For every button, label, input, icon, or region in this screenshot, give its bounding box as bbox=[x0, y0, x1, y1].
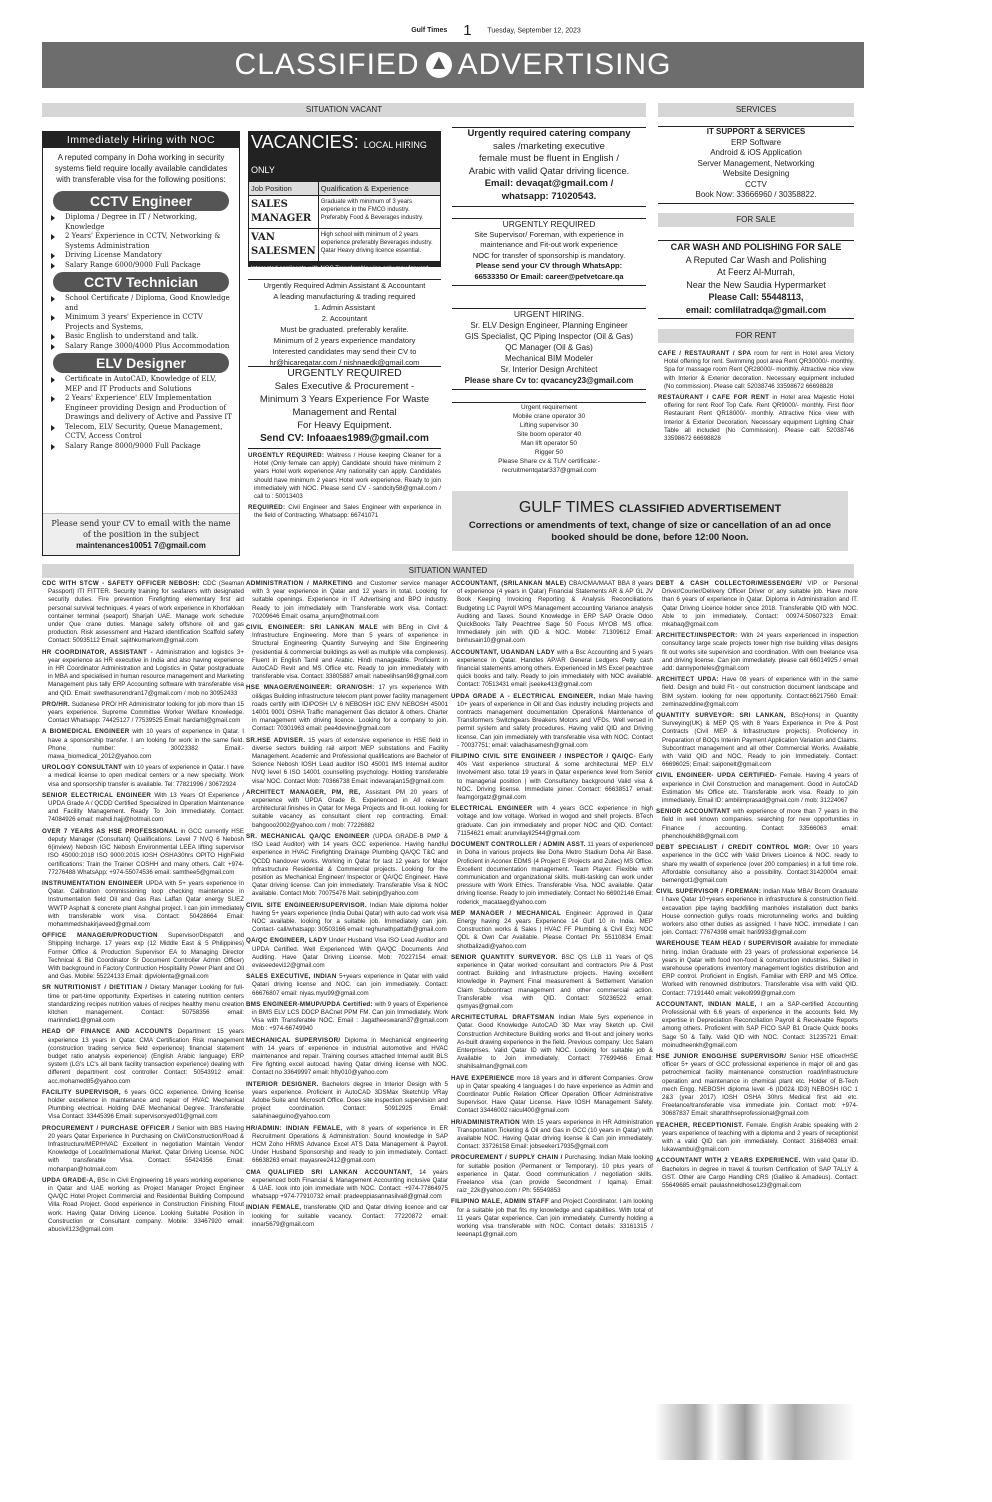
wanted-ad-text: BSc in Civil Engineering 16 years workin… bbox=[48, 1177, 244, 1233]
ad-line: Sr. ELV Design Engineer, Planning Engine… bbox=[452, 320, 646, 331]
notice-heading: GULF TIMES CLASSIFIED ADVERTISEMENT bbox=[452, 497, 848, 520]
wanted-ad-head: HR COORDINATOR, ASSISTANT - bbox=[42, 649, 153, 656]
wanted-ad: INSTRUMENTATION ENGINEER UPDA with 5+ ye… bbox=[42, 880, 244, 929]
ad-contact-email[interactable]: email: comlilatradqa@gmail.com bbox=[658, 304, 854, 317]
wanted-ad-head: SR. MECHANICAL QA/QC ENGINEER bbox=[246, 833, 370, 840]
ad-line: 2. Accountant bbox=[248, 313, 441, 324]
wanted-ad: SALES EXECUTIVE, INDIAN 5+years experien… bbox=[246, 973, 448, 998]
wanted-ad: SR.HSE ADVISER. 15 years of extensive ex… bbox=[246, 737, 448, 786]
wanted-ad-head: CMA QUALIFIED SRI LANKAN ACCOUNTANT, bbox=[246, 1169, 412, 1176]
wanted-ad-text: with BEng in Civil & Infrastructure Engi… bbox=[252, 624, 448, 680]
ad-line: Minimum 3 Years Experience For Waste bbox=[248, 393, 441, 406]
wanted-ad: UROLOGY CONSULTANT with 10 years of expe… bbox=[42, 764, 244, 789]
ad-line: Please Share cv & TUV certificate:- bbox=[452, 457, 646, 466]
wanted-ad: CIVIL SITE ENGINEER/SUPERVISOR. Indian M… bbox=[246, 902, 448, 935]
site-supervisor-ad: URGENTLY REQUIRED Site Supervisor/ Forem… bbox=[452, 218, 646, 286]
it-services-ad: IT SUPPORT & SERVICES ERP Software Andro… bbox=[658, 126, 854, 204]
catering-ad: Urgently required catering company sales… bbox=[452, 127, 646, 207]
wanted-ad-head: OVER 7 YEARS AS HSE PROFESSIONAL bbox=[42, 828, 178, 835]
wanted-ad-head: WAREHOUSE TEAM HEAD / SUPERVISOR bbox=[656, 940, 792, 947]
wanted-ad-head: SALES EXECUTIVE, INDIAN bbox=[246, 973, 337, 980]
position-requirements: Diploma / Degree in IT / Networking, Kno… bbox=[43, 213, 239, 270]
ad-title: URGENTLY REQUIRED bbox=[248, 367, 441, 380]
wanted-ad-head: CIVIL ENGINEER- UPDA CERTIFIED- bbox=[656, 772, 777, 779]
ad-contact-email[interactable]: Email: devaqat@gmail.com / bbox=[452, 178, 646, 191]
for-rent-ads: CAFE / RESTAURANT / SPA room for rent in… bbox=[658, 350, 854, 446]
wanted-ad: QA/QC ENGINEER, LADY Under Husband Visa … bbox=[246, 937, 448, 970]
wanted-ad: ELECTRICAL ENGINEER with 4 years GCC exp… bbox=[451, 805, 653, 838]
wanted-ad-head: DEBT & CASH COLLECTOR/MESSENGER/ bbox=[656, 580, 802, 587]
wanted-ad: FILIPINO MALE, ADMIN STAFF and Project C… bbox=[451, 1198, 653, 1239]
wanted-ad-head: ADMINISTRATION / MARKETING bbox=[246, 580, 353, 587]
job-position: VAN SALESMEN bbox=[249, 229, 319, 262]
wanted-ad-text: BSC QS LLB 11 Years of QS experience in … bbox=[457, 954, 653, 1010]
column-header: Job Position bbox=[249, 182, 319, 196]
wanted-ad-head: INSTRUMENTATION ENGINEER bbox=[42, 880, 143, 887]
wanted-ad-text: VIP or Personal Driver/Courier/Delivery … bbox=[662, 580, 858, 628]
wanted-ad-head: QA/QC ENGINEER, LADY bbox=[246, 937, 327, 944]
hiring-ad-noc: Immediately Hiring with NOC A reputed co… bbox=[42, 131, 240, 556]
wanted-ad-head: A BIOMEDICAL ENGINEER bbox=[42, 728, 130, 735]
wanted-ad: WAREHOUSE TEAM HEAD / SUPERVISOR availab… bbox=[656, 940, 858, 997]
ad-line: At Feerz Al-Murrah, bbox=[658, 266, 854, 279]
wanted-ad-head: ACCOUNTANT, INDIAN MALE, bbox=[656, 1001, 757, 1008]
wanted-ad-head: BMS ENGINEER-MMUP/UPDA Certified: bbox=[246, 1001, 373, 1008]
wanted-ad-text: available for immediate hiring. Indian G… bbox=[662, 940, 858, 996]
ad-line: Server Management, Networking bbox=[658, 159, 854, 170]
column-header: Qualification & Experience bbox=[318, 182, 440, 196]
wanted-ad: OVER 7 YEARS AS HSE PROFESSIONAL in GCC … bbox=[42, 828, 244, 877]
hiring-ad-header: Immediately Hiring with NOC bbox=[43, 132, 239, 148]
requirement-item: Salary Range 6000/9000 Full Package bbox=[65, 261, 233, 271]
section-header-for-rent: FOR RENT bbox=[658, 329, 854, 343]
wanted-ad-head: ARCHITECT UPDA: bbox=[656, 676, 719, 683]
ad-line: A Reputed Car Wash and Polishing bbox=[658, 254, 854, 267]
wanted-ad-head: SENIOR ELECTRICAL ENGINEER bbox=[42, 792, 151, 799]
wanted-ad: HR/ADMIN: INDIAN FEMALE, with 8 years of… bbox=[246, 1125, 448, 1166]
table-row: SALES MANAGERGraduate with minimum of 3 … bbox=[249, 196, 441, 229]
wanted-ad: QUANTITY SURVEYOR: SRI LANKAN, BSc(Hons)… bbox=[656, 712, 858, 769]
wanted-ad-head: FACILITY SUPERVISOR, bbox=[42, 1089, 121, 1096]
wanted-ad-head: CIVIL SITE ENGINEER/SUPERVISOR. bbox=[246, 902, 367, 909]
wanted-ad: SENIOR QUANTITY SURVEYOR. BSC QS LLB 11 … bbox=[451, 954, 653, 1011]
wanted-ad: PROCUREMENT / PURCHASE OFFICER / Senior … bbox=[42, 1125, 244, 1174]
wanted-ad: HSE JUNIOR ENGG/HSE SUPERVISOR/ Senior H… bbox=[656, 1053, 858, 1119]
wanted-ad-head: QUANTITY SURVEYOR: SRI LANKAN, bbox=[656, 712, 786, 719]
wanted-ad-head: PRO/HR. bbox=[42, 701, 70, 708]
ad-line: For Heavy Equipment. bbox=[248, 419, 441, 432]
requirement-item: Minimum 3 years' Experience in CCTV Proj… bbox=[65, 313, 233, 332]
ad-contact-email[interactable]: recruitmentqatar337@gmail.com bbox=[452, 466, 646, 475]
wanted-ad: DOCUMENT CONTROLLER / ADMIN ASST. 11 yea… bbox=[451, 841, 653, 907]
ad-line: Urgent requirement bbox=[452, 403, 646, 412]
wanted-ad-head: INTERIOR DESIGNER. bbox=[246, 1081, 319, 1088]
wanted-ad-head: ACCOUNTANT WITH 2 YEARS EXPERIENCE. bbox=[656, 1157, 801, 1164]
wanted-ad: CIVIL SUPERVISOR / FOREMAN: Indian Male … bbox=[656, 888, 858, 937]
wanted-ad-text: CDC (Seaman Passport) ITI FITTER. Securi… bbox=[48, 580, 244, 644]
wanted-column-1: CDC WITH STCW - SAFETY OFFICER NEBOSH: C… bbox=[42, 580, 244, 1237]
requirement-item: Salary Range 3000/4000 Plus Accommodatio… bbox=[65, 342, 233, 352]
dhow-boat-icon bbox=[426, 52, 452, 78]
wanted-ad-head: SENIOR QUANTITY SURVEYOR. bbox=[451, 954, 558, 961]
wanted-ad-head: HAVE EXPERIENCE bbox=[451, 1075, 514, 1082]
hiring-ad-footer-text: Please send your CV to email with the na… bbox=[47, 518, 235, 540]
job-position: SALES MANAGER bbox=[249, 196, 319, 229]
wanted-ad: DEBT & CASH COLLECTOR/MESSENGER/ VIP or … bbox=[656, 580, 858, 629]
position-requirements: Certificate in AutoCAD, Knowledge of ELV… bbox=[43, 375, 239, 451]
wanted-ad: CIVIL ENGINEER: SRI LANKAN MALE with BEn… bbox=[246, 624, 448, 681]
wanted-ad: CMA QUALIFIED SRI LANKAN ACCOUNTANT, 14 … bbox=[246, 1169, 448, 1202]
table-row: VAN SALESMENHigh school with minimum of … bbox=[249, 229, 441, 262]
rent-ad: RESTAURANT / CAFE FOR RENT in Hotel area… bbox=[658, 394, 854, 443]
wanted-ad-text: BSc(Hons) in Quantity Surveying(UK) & ME… bbox=[662, 712, 858, 768]
wanted-ad-text: Indian Male 5yrs experience in Qatar. Go… bbox=[457, 1014, 653, 1070]
requirement-item: Driving License Mandatory bbox=[65, 251, 233, 261]
wanted-ad-head: HR/ADMIN: INDIAN FEMALE, bbox=[246, 1125, 342, 1132]
job-qualification: Graduate with minimum of 3 years experie… bbox=[318, 196, 440, 229]
admin-accountant-ad: Urgently Required Admin Assistant & Acco… bbox=[248, 279, 441, 368]
wanted-ad-head: HSE JUNIOR ENGG/HSE SUPERVISOR/ bbox=[656, 1053, 786, 1060]
requirement-item: School Certificate / Diploma, Good Knowl… bbox=[65, 294, 233, 313]
small-ad: URGENTLY REQUIRED: Waitress / House keep… bbox=[248, 452, 441, 501]
job-qualification: High school with minimum of 2 years expe… bbox=[318, 229, 440, 262]
ad-title: CAR WASH AND POLISHING FOR SALE bbox=[658, 241, 854, 254]
ad-contact-email[interactable]: 66533350 Or Email: career@petvetcare.qa bbox=[452, 272, 646, 283]
wanted-ad: DEBT SPECIALIST / CREDIT CONTROL MGR: Ov… bbox=[656, 844, 858, 885]
vacant-small-ads: URGENTLY REQUIRED: Waitress / House keep… bbox=[248, 452, 441, 524]
ad-title: URGENTLY REQUIRED bbox=[452, 219, 646, 230]
requirement-item: Diploma / Degree in IT / Networking, Kno… bbox=[65, 213, 233, 232]
page-number: 1 bbox=[463, 22, 471, 39]
wanted-ad-text: Senior HSE officer/HSE officer 5+ years … bbox=[662, 1053, 858, 1117]
ad-contact-phone[interactable]: Please Call: 55448113, bbox=[658, 291, 854, 304]
wanted-ad: A BIOMEDICAL ENGINEER with 10 years of e… bbox=[42, 728, 244, 761]
car-wash-sale-ad: CAR WASH AND POLISHING FOR SALE A Repute… bbox=[658, 240, 854, 319]
small-ad-head: REQUIRED: bbox=[248, 504, 285, 511]
wanted-ad: ARCHITECTURAL DRAFTSMAN Indian Male 5yrs… bbox=[451, 1014, 653, 1071]
rent-ad-text: in Hotel area Majestic Hotel offering fo… bbox=[664, 394, 854, 442]
ad-line: Site Supervisor/ Foreman, with experienc… bbox=[452, 230, 646, 241]
requirement-item: Certificate in AutoCAD, Knowledge of ELV… bbox=[65, 375, 233, 394]
banner-title-left: CLASSIFIED bbox=[235, 48, 420, 82]
ad-contact-email[interactable]: Please share Cv to: qvacancy23@gmail.com bbox=[465, 376, 634, 385]
position-title: ELV Designer bbox=[53, 353, 229, 373]
wanted-ad-head: ARCHITECTURAL DRAFTSMAN bbox=[451, 1014, 554, 1021]
wanted-ad-head: OFFICE MANAGER/PRODUCTION bbox=[42, 932, 158, 939]
wanted-ad: MECHANICAL SUPERVISOR/ Diploma in Mechan… bbox=[246, 1037, 448, 1078]
ad-line: Sales Executive & Procurement - bbox=[248, 380, 441, 393]
wanted-ad-head: DEBT SPECIALIST / CREDIT CONTROL MGR: bbox=[656, 844, 811, 851]
ad-line: Arabic with valid Qatar driving licence. bbox=[452, 166, 646, 179]
wanted-ad-text: CBA/CMA/MAAT BBA 8 years of experience (… bbox=[457, 580, 653, 644]
wanted-ad-head: UPDA GRADE-A, bbox=[42, 1177, 96, 1184]
requirement-item: Basic English to understand and talk. bbox=[65, 332, 233, 342]
wanted-ad-head: CDC WITH STCW - SAFETY OFFICER NEBOSH: bbox=[42, 580, 200, 587]
wanted-ad-text: UPDA with 5+ years experience in Qatar. … bbox=[48, 880, 244, 928]
wanted-ad: HSE MNAGER/ENGINEER: GRAN/OSH: 17 yrs ex… bbox=[246, 684, 448, 733]
hiring-ad-email[interactable]: maintenances10051 7@gmail.com bbox=[76, 541, 206, 550]
wanted-ad: INTERIOR DESIGNER. Bachelors degree in I… bbox=[246, 1081, 448, 1122]
ad-line: Must be graduated. preferably keralite. bbox=[248, 324, 441, 335]
wanted-ad-text: Supervisor/Dispatch and Shipping Incharg… bbox=[48, 932, 244, 980]
wanted-column-4: DEBT & CASH COLLECTOR/MESSENGER/ VIP or … bbox=[656, 580, 858, 1193]
ad-contact-phone[interactable]: Book Now: 33666960 / 30358822. bbox=[658, 190, 854, 201]
ad-line: Sr. Interior Design Architect bbox=[452, 364, 646, 375]
vacancies-title-text: VACANCIES: bbox=[251, 132, 359, 152]
wanted-ad: HEAD OF FINANCE AND ACCOUNTS Department:… bbox=[42, 1028, 244, 1085]
ad-line: Mechanical BIM Modeler bbox=[452, 353, 646, 364]
urgent-hiring-ad: URGENT HIRING. Sr. ELV Design Engineer, … bbox=[452, 308, 646, 390]
wanted-ad-head: MEP MANAGER / MECHANICAL bbox=[451, 910, 561, 917]
requirement-item: Telecom, ELV Security, Queue Management,… bbox=[65, 423, 233, 442]
requirement-item: 2 Years' Experience in CCTV, Networking … bbox=[65, 232, 233, 251]
wanted-ad: INDIAN FEMALE, transferable QID and Qata… bbox=[246, 1204, 448, 1229]
corrections-notice: GULF TIMES CLASSIFIED ADVERTISEMENT Corr… bbox=[452, 491, 848, 551]
position-title: CCTV Technician bbox=[53, 272, 229, 292]
wanted-ad-head: SENIOR ACCOUNTANT bbox=[656, 808, 730, 815]
hiring-ad-footer: Please send your CV to email with the na… bbox=[43, 513, 239, 555]
wanted-ad-head: INDIAN FEMALE, bbox=[246, 1204, 301, 1211]
section-header-for-sale: FOR SALE bbox=[658, 213, 854, 227]
wanted-ad-head: FILIPINO CIVIL SITE ENGINEER / INSPECTOR… bbox=[451, 753, 636, 760]
wanted-ad-head: FILIPINO MALE, ADMIN STAFF bbox=[451, 1198, 549, 1205]
ad-line: Minimum of 2 years experience mandatory bbox=[248, 335, 441, 346]
small-ad-text: Waitress / House keeping Cleaner for a H… bbox=[254, 452, 441, 500]
wanted-ad: OFFICE MANAGER/PRODUCTION Supervisor/Dis… bbox=[42, 932, 244, 981]
position-requirements: School Certificate / Diploma, Good Knowl… bbox=[43, 294, 239, 351]
small-ad: REQUIRED: Civil Engineer and Sales Engin… bbox=[248, 504, 441, 520]
wanted-ad: PROCUREMENT / SUPPLY CHAIN / Purchasing.… bbox=[451, 1154, 653, 1195]
wanted-ad: MEP MANAGER / MECHANICAL Engineer: Appro… bbox=[451, 910, 653, 951]
page-banner: CLASSIFIED ADVERTISING bbox=[42, 42, 864, 88]
wanted-ad-head: ARCHITECT/INSPECTOR: bbox=[656, 632, 738, 639]
wanted-ad-head: PROCUREMENT / PURCHASE OFFICER / bbox=[42, 1125, 174, 1132]
requirement-item: 2 Years' Experience' ELV Implementation … bbox=[65, 394, 233, 423]
ad-line: Urgently required catering company bbox=[452, 128, 646, 141]
wanted-ad-head: HSE MNAGER/ENGINEER: GRAN/OSH: bbox=[246, 684, 375, 691]
wanted-ad: FACILITY SUPERVISOR, 6 years GCC experie… bbox=[42, 1089, 244, 1122]
position-title: CCTV Engineer bbox=[53, 191, 229, 211]
ad-line: CCTV bbox=[658, 180, 854, 191]
wanted-ad-text: Sudanese PRO/ HR Administrator looking f… bbox=[48, 701, 244, 724]
wanted-ad-text: (UPDA GRADE-B PMP & ISO Lead Auditor) wi… bbox=[252, 833, 448, 897]
ad-line: Mobile crane operator 30 bbox=[452, 412, 646, 421]
issue-date: Tuesday, September 12, 2023 bbox=[487, 27, 580, 34]
wanted-ad: ARCHITECT MANAGER, PM, RE, Assistant PM … bbox=[246, 789, 448, 830]
ad-line: GIS Specialist, QC Piping Inspector (Oil… bbox=[452, 331, 646, 342]
wanted-ad: ACCOUNTANT, UGANDAN LADY with a Bsc Acco… bbox=[451, 649, 653, 690]
wanted-ad-head: ACCOUNTANT, (SRILANKAN MALE) bbox=[451, 580, 566, 587]
wanted-ad-head: SR NUTRITIONIST / DIETITIAN / bbox=[42, 984, 147, 991]
wanted-ad: HR COORDINATOR, ASSISTANT - Administrati… bbox=[42, 649, 244, 698]
wanted-ad-head: UROLOGY CONSULTANT bbox=[42, 764, 122, 771]
requirement-item: Salary Range 8000/9000 Full Package bbox=[65, 442, 233, 452]
vacancies-title: VACANCIES: LOCAL HIRING ONLY bbox=[248, 131, 441, 181]
wanted-ad: UPDA GRADE A - ELECTRICAL ENGINEER, Indi… bbox=[451, 693, 653, 750]
wanted-ad-head: CIVIL SUPERVISOR / FOREMAN: bbox=[656, 888, 761, 895]
ad-title: IT SUPPORT & SERVICES bbox=[658, 127, 854, 138]
section-header-situation-vacant: SITUATION VACANT bbox=[42, 103, 646, 117]
wanted-ad-text: Department: 15 years experience 13 years… bbox=[48, 1028, 244, 1084]
wanted-ad: HR/ADMINISTRATION With 15 years experien… bbox=[451, 1119, 653, 1152]
rent-ad: CAFE / RESTAURANT / SPA room for rent in… bbox=[658, 350, 854, 391]
ad-line: maintenance and Fit-out work experience bbox=[452, 240, 646, 251]
masthead: Gulf Times 1 Tuesday, September 12, 2023 bbox=[0, 22, 992, 36]
wanted-ad: SR. MECHANICAL QA/QC ENGINEER (UPDA GRAD… bbox=[246, 833, 448, 899]
wanted-ad-text: Early 40s Vast experience structural & s… bbox=[457, 753, 653, 801]
wanted-ad-head: ARCHITECT MANAGER, PM, RE, bbox=[246, 789, 360, 796]
wanted-ad: CDC WITH STCW - SAFETY OFFICER NEBOSH: C… bbox=[42, 580, 244, 646]
section-header-services: SERVICES bbox=[658, 103, 854, 117]
wanted-ad: UPDA GRADE-A, BSc in Civil Engineering 1… bbox=[42, 1177, 244, 1234]
wanted-ad: ARCHITECT/INSPECTOR: With 24 years exper… bbox=[656, 632, 858, 673]
wanted-ad-head: SR.HSE ADVISER. bbox=[246, 737, 305, 744]
ad-line: NOC for transfer of sponsorship is manda… bbox=[452, 251, 646, 262]
wanted-ad: BMS ENGINEER-MMUP/UPDA Certified: with 9… bbox=[246, 1001, 448, 1034]
ad-line: A leading manufacturing & trading requir… bbox=[248, 291, 441, 302]
notice-brand: GULF TIMES bbox=[519, 499, 615, 516]
waste-management-ad: URGENTLY REQUIRED Sales Executive & Proc… bbox=[248, 366, 441, 449]
ad-line: QC Manager (Oil & Gas) bbox=[452, 342, 646, 353]
wanted-ad-head: PROCUREMENT / SUPPLY CHAIN / bbox=[451, 1154, 563, 1161]
wanted-ad: CIVIL ENGINEER- UPDA CERTIFIED- Female. … bbox=[656, 772, 858, 805]
ad-line: Interested candidates may send their CV … bbox=[248, 346, 441, 357]
rent-ad-head: RESTAURANT / CAFE FOR RENT bbox=[658, 394, 769, 401]
wanted-ad: ACCOUNTANT WITH 2 YEARS EXPERIENCE. With… bbox=[656, 1157, 858, 1190]
banner-title-right: ADVERTISING bbox=[458, 48, 672, 82]
paper-name: Gulf Times bbox=[411, 27, 447, 34]
ad-line: Urgently Required Admin Assistant & Acco… bbox=[248, 280, 441, 291]
notice-label: CLASSIFIED ADVERTISEMENT bbox=[619, 503, 781, 515]
wanted-ad-text: Indian Male having 10+ years of experien… bbox=[457, 693, 653, 749]
ad-line: Man lift operator 50 bbox=[452, 439, 646, 448]
wanted-ad: ARCHITECT UPDA: Have 08 years of experie… bbox=[656, 676, 858, 709]
wanted-ad-head: HEAD OF FINANCE AND ACCOUNTS bbox=[42, 1028, 173, 1035]
wanted-ad-head: ELECTRICAL ENGINEER bbox=[451, 805, 532, 812]
wanted-ad-head: MECHANICAL SUPERVISOR/ bbox=[246, 1037, 340, 1044]
ad-contact-email[interactable]: Send CV: Infoaaes1989@gmail.com bbox=[260, 433, 429, 444]
small-ad-head: URGENTLY REQUIRED: bbox=[248, 452, 324, 459]
wanted-ad-text: 11 years of experienced in Doha in vario… bbox=[457, 841, 653, 905]
vacancies-ad: VACANCIES: LOCAL HIRING ONLY Job Positio… bbox=[248, 131, 441, 267]
wanted-column-3: ACCOUNTANT, (SRILANKAN MALE) CBA/CMA/MAA… bbox=[451, 580, 653, 1242]
wanted-ad: PRO/HR. Sudanese PRO/ HR Administrator l… bbox=[42, 701, 244, 726]
wanted-ad: ACCOUNTANT, (SRILANKAN MALE) CBA/CMA/MAA… bbox=[451, 580, 653, 646]
ad-line: Website Designing bbox=[658, 169, 854, 180]
wanted-ad: TEACHER, RECEPTIONIST. Female. English A… bbox=[656, 1122, 858, 1155]
ad-contact: Please send your CV through WhatsApp: bbox=[452, 261, 646, 272]
crane-operator-ad: Urgent requirement Mobile crane operator… bbox=[452, 402, 646, 475]
hiring-ad-intro: A reputed company in Doha working in sec… bbox=[43, 148, 239, 189]
ad-contact-whatsapp[interactable]: whatsapp: 71020543. bbox=[452, 191, 646, 204]
ad-line: Lifting supervisor 30 bbox=[452, 421, 646, 430]
wanted-column-2: ADMINISTRATION / MARKETING and Customer … bbox=[246, 580, 448, 1232]
section-header-situation-wanted: SITUATION WANTED bbox=[42, 564, 854, 578]
ad-line: Near the New Saudia Hypermarket bbox=[658, 279, 854, 292]
wanted-ad-head: DOCUMENT CONTROLLER / ADMIN ASST. bbox=[451, 841, 586, 848]
wanted-ad: FILIPINO CIVIL SITE ENGINEER / INSPECTOR… bbox=[451, 753, 653, 802]
wanted-ad-text: Indian Male MBA/ Bcom Graduate I have Qa… bbox=[662, 888, 858, 936]
wanted-ad: HAVE EXPERIENCE more 18 years and in dif… bbox=[451, 1075, 653, 1116]
ad-line: 1. Admin Assistant bbox=[248, 302, 441, 313]
wanted-ad: ADMINISTRATION / MARKETING and Customer … bbox=[246, 580, 448, 621]
notice-text: Corrections or amendments of text, chang… bbox=[452, 520, 848, 544]
ad-line: sales /marketing executive bbox=[452, 141, 646, 154]
ad-line: ERP Software bbox=[658, 138, 854, 149]
ad-title: URGENT HIRING. bbox=[452, 309, 646, 320]
wanted-ad: SENIOR ACCOUNTANT with experience of mor… bbox=[656, 808, 858, 841]
rent-ad-head: CAFE / RESTAURANT / SPA bbox=[658, 350, 751, 357]
wanted-ad-head: ACCOUNTANT, UGANDAN LADY bbox=[451, 649, 555, 656]
wanted-ad: SR NUTRITIONIST / DIETITIAN / Dietary Ma… bbox=[42, 984, 244, 1025]
wanted-ad-head: CIVIL ENGINEER: SRI LANKAN MALE bbox=[246, 624, 378, 631]
wanted-ad: SENIOR ELECTRICAL ENGINEER With 13 Years… bbox=[42, 792, 244, 825]
ad-line: Rigger 50 bbox=[452, 448, 646, 457]
decorative-gradient bbox=[655, 1404, 855, 1460]
wanted-ad-head: UPDA GRADE A - ELECTRICAL ENGINEER, bbox=[451, 693, 595, 700]
ad-line: Android & iOS Application bbox=[658, 148, 854, 159]
ad-line: female must be fluent in English / bbox=[452, 153, 646, 166]
vacancies-table: Job PositionQualification & Experience S… bbox=[248, 181, 441, 262]
ad-line: Management and Rental bbox=[248, 406, 441, 419]
wanted-ad-head: HR/ADMINISTRATION bbox=[451, 1119, 520, 1126]
wanted-ad-text: 17 yrs experience With oil&gas Building … bbox=[252, 684, 448, 732]
ad-line: Site boom operator 40 bbox=[452, 430, 646, 439]
wanted-ad-head: TEACHER, RECEPTIONIST. bbox=[656, 1122, 744, 1129]
wanted-ad: ACCOUNTANT, INDIAN MALE, I am a SAP-cert… bbox=[656, 1001, 858, 1050]
